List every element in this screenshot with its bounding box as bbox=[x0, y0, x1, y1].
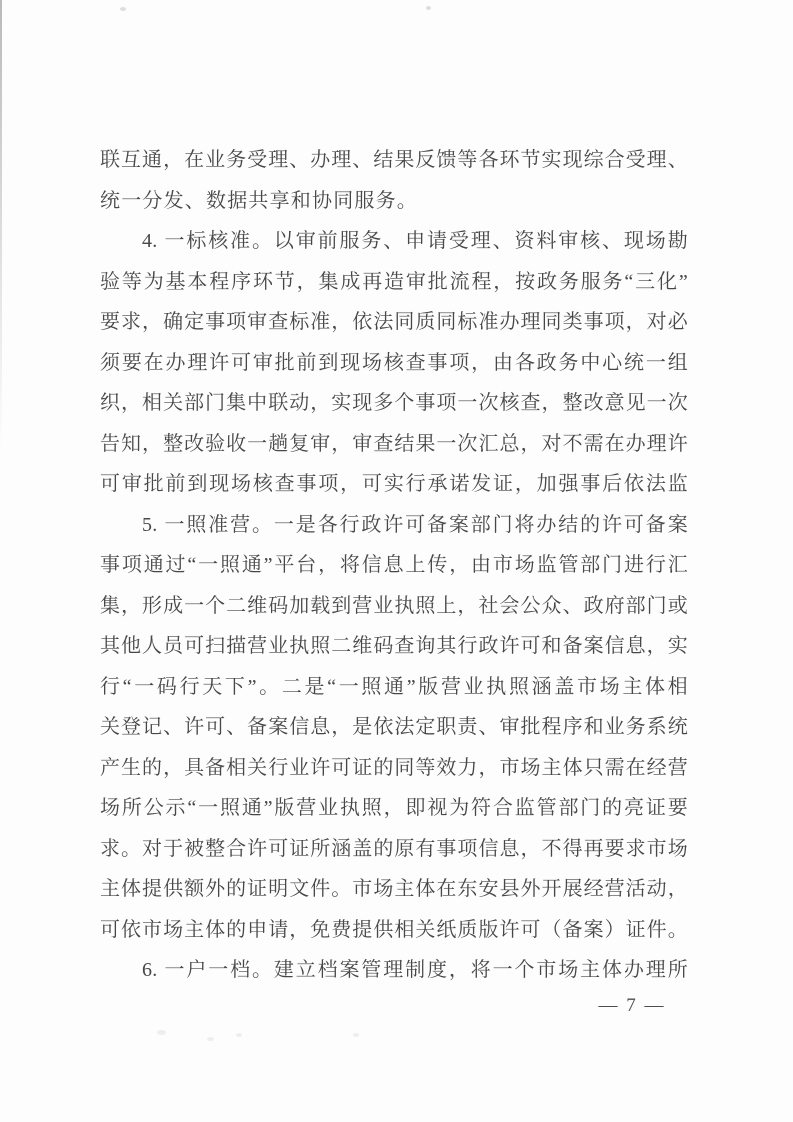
text-line: 统一分发、数据共享和协同服务。 bbox=[100, 181, 688, 222]
text-line: 须要在办理许可审批前到现场核查事项，由各政务中心统一组 bbox=[100, 343, 688, 384]
scan-smudge bbox=[207, 1037, 214, 1041]
text-line: 验等为基本程序环节，集成再造审批流程，按政务服务“三化” bbox=[100, 262, 688, 303]
text-line: 可审批前到现场核查事项，可实行承诺发证，加强事后依法监管。 bbox=[100, 464, 688, 505]
text-line: 集，形成一个二维码加载到营业执照上，社会公众、政府部门或 bbox=[100, 586, 688, 627]
text-line: 场所公示“一照通”版营业执照，即视为符合监管部门的亮证要 bbox=[100, 788, 688, 829]
scanned-document-page: 联互通，在业务受理、办理、结果反馈等各环节实现综合受理、 统一分发、数据共享和协… bbox=[0, 0, 793, 1122]
text-line: 关登记、许可、备案信息，是依法定职责、审批程序和业务系统 bbox=[100, 707, 688, 748]
scan-speck bbox=[120, 7, 126, 11]
text-line: 其他人员可扫描营业执照二维码查询其行政许可和备案信息，实 bbox=[100, 626, 688, 667]
scan-edge-artifact bbox=[0, 0, 2, 450]
text-line: 事项通过“一照通”平台，将信息上传，由市场监管部门进行汇 bbox=[100, 545, 688, 586]
scan-smudge bbox=[157, 1030, 166, 1035]
document-body-text: 联互通，在业务受理、办理、结果反馈等各环节实现综合受理、 统一分发、数据共享和协… bbox=[100, 140, 688, 991]
text-line: 联互通，在业务受理、办理、结果反馈等各环节实现综合受理、 bbox=[100, 140, 688, 181]
text-line: 求。对于被整合许可证所涵盖的原有事项信息，不得再要求市场 bbox=[100, 829, 688, 870]
text-line: 产生的，具备相关行业许可证的同等效力，市场主体只需在经营 bbox=[100, 748, 688, 789]
page-number: — 7 — bbox=[590, 995, 674, 1017]
text-line: 要求，确定事项审查标准，依法同质同标准办理同类事项，对必 bbox=[100, 302, 688, 343]
scan-smudge bbox=[236, 1033, 242, 1037]
text-line-item-6-start: 6. 一户一档。建立档案管理制度，将一个市场主体办理所 bbox=[100, 950, 688, 991]
text-line-item-4-start: 4. 一标核准。以审前服务、申请受理、资料审核、现场勘 bbox=[100, 221, 688, 262]
text-line: 告知，整改验收一趟复审，审查结果一次汇总，对不需在办理许 bbox=[100, 424, 688, 465]
text-line: 行“一码行天下”。二是“一照通”版营业执照涵盖市场主体相 bbox=[100, 667, 688, 708]
text-line: 织，相关部门集中联动，实现多个事项一次核查，整改意见一次 bbox=[100, 383, 688, 424]
text-line: 可依市场主体的申请，免费提供相关纸质版许可（备案）证件。 bbox=[100, 910, 688, 951]
text-line: 主体提供额外的证明文件。市场主体在东安县外开展经营活动， bbox=[100, 869, 688, 910]
scan-speck bbox=[426, 6, 431, 10]
text-line-item-5-start: 5. 一照准营。一是各行政许可备案部门将办结的许可备案 bbox=[100, 505, 688, 546]
scan-smudge bbox=[353, 1033, 359, 1037]
